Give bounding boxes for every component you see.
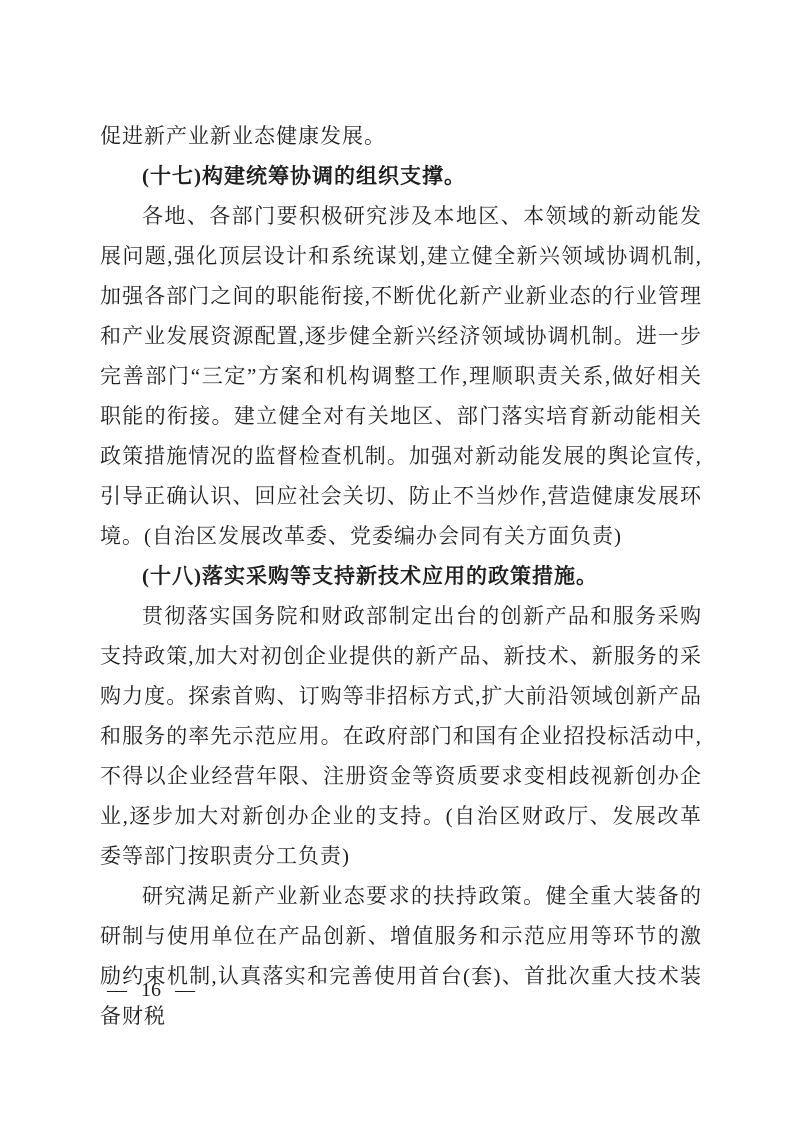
page-number: 16: [141, 976, 161, 1004]
paragraph-section-17-body: 各地、各部门要积极研究涉及本地区、本领域的新动能发展问题,强化顶层设计和系统谋划…: [100, 196, 702, 556]
paragraph-continuation: 促进新产业新业态健康发展。: [100, 116, 702, 156]
document-page: 促进新产业新业态健康发展。 (十七)构建统筹协调的组织支撑。 各地、各部门要积极…: [0, 0, 793, 1122]
document-body: 促进新产业新业态健康发展。 (十七)构建统筹协调的组织支撑。 各地、各部门要积极…: [100, 116, 702, 1036]
paragraph-section-18-body-1: 贯彻落实国务院和财政部制定出台的创新产品和服务采购支持政策,加大对初创企业提供的…: [100, 596, 702, 876]
section-heading-17: (十七)构建统筹协调的组织支撑。: [100, 156, 702, 196]
footer-right-dash: —: [175, 976, 195, 1004]
section-heading-18: (十八)落实采购等支持新技术应用的政策措施。: [100, 556, 702, 596]
paragraph-section-18-body-2: 研究满足新产业新业态要求的扶持政策。健全重大装备的研制与使用单位在产品创新、增值…: [100, 876, 702, 1036]
footer-left-dash: —: [107, 976, 127, 1004]
page-footer: —16—: [103, 976, 199, 1004]
